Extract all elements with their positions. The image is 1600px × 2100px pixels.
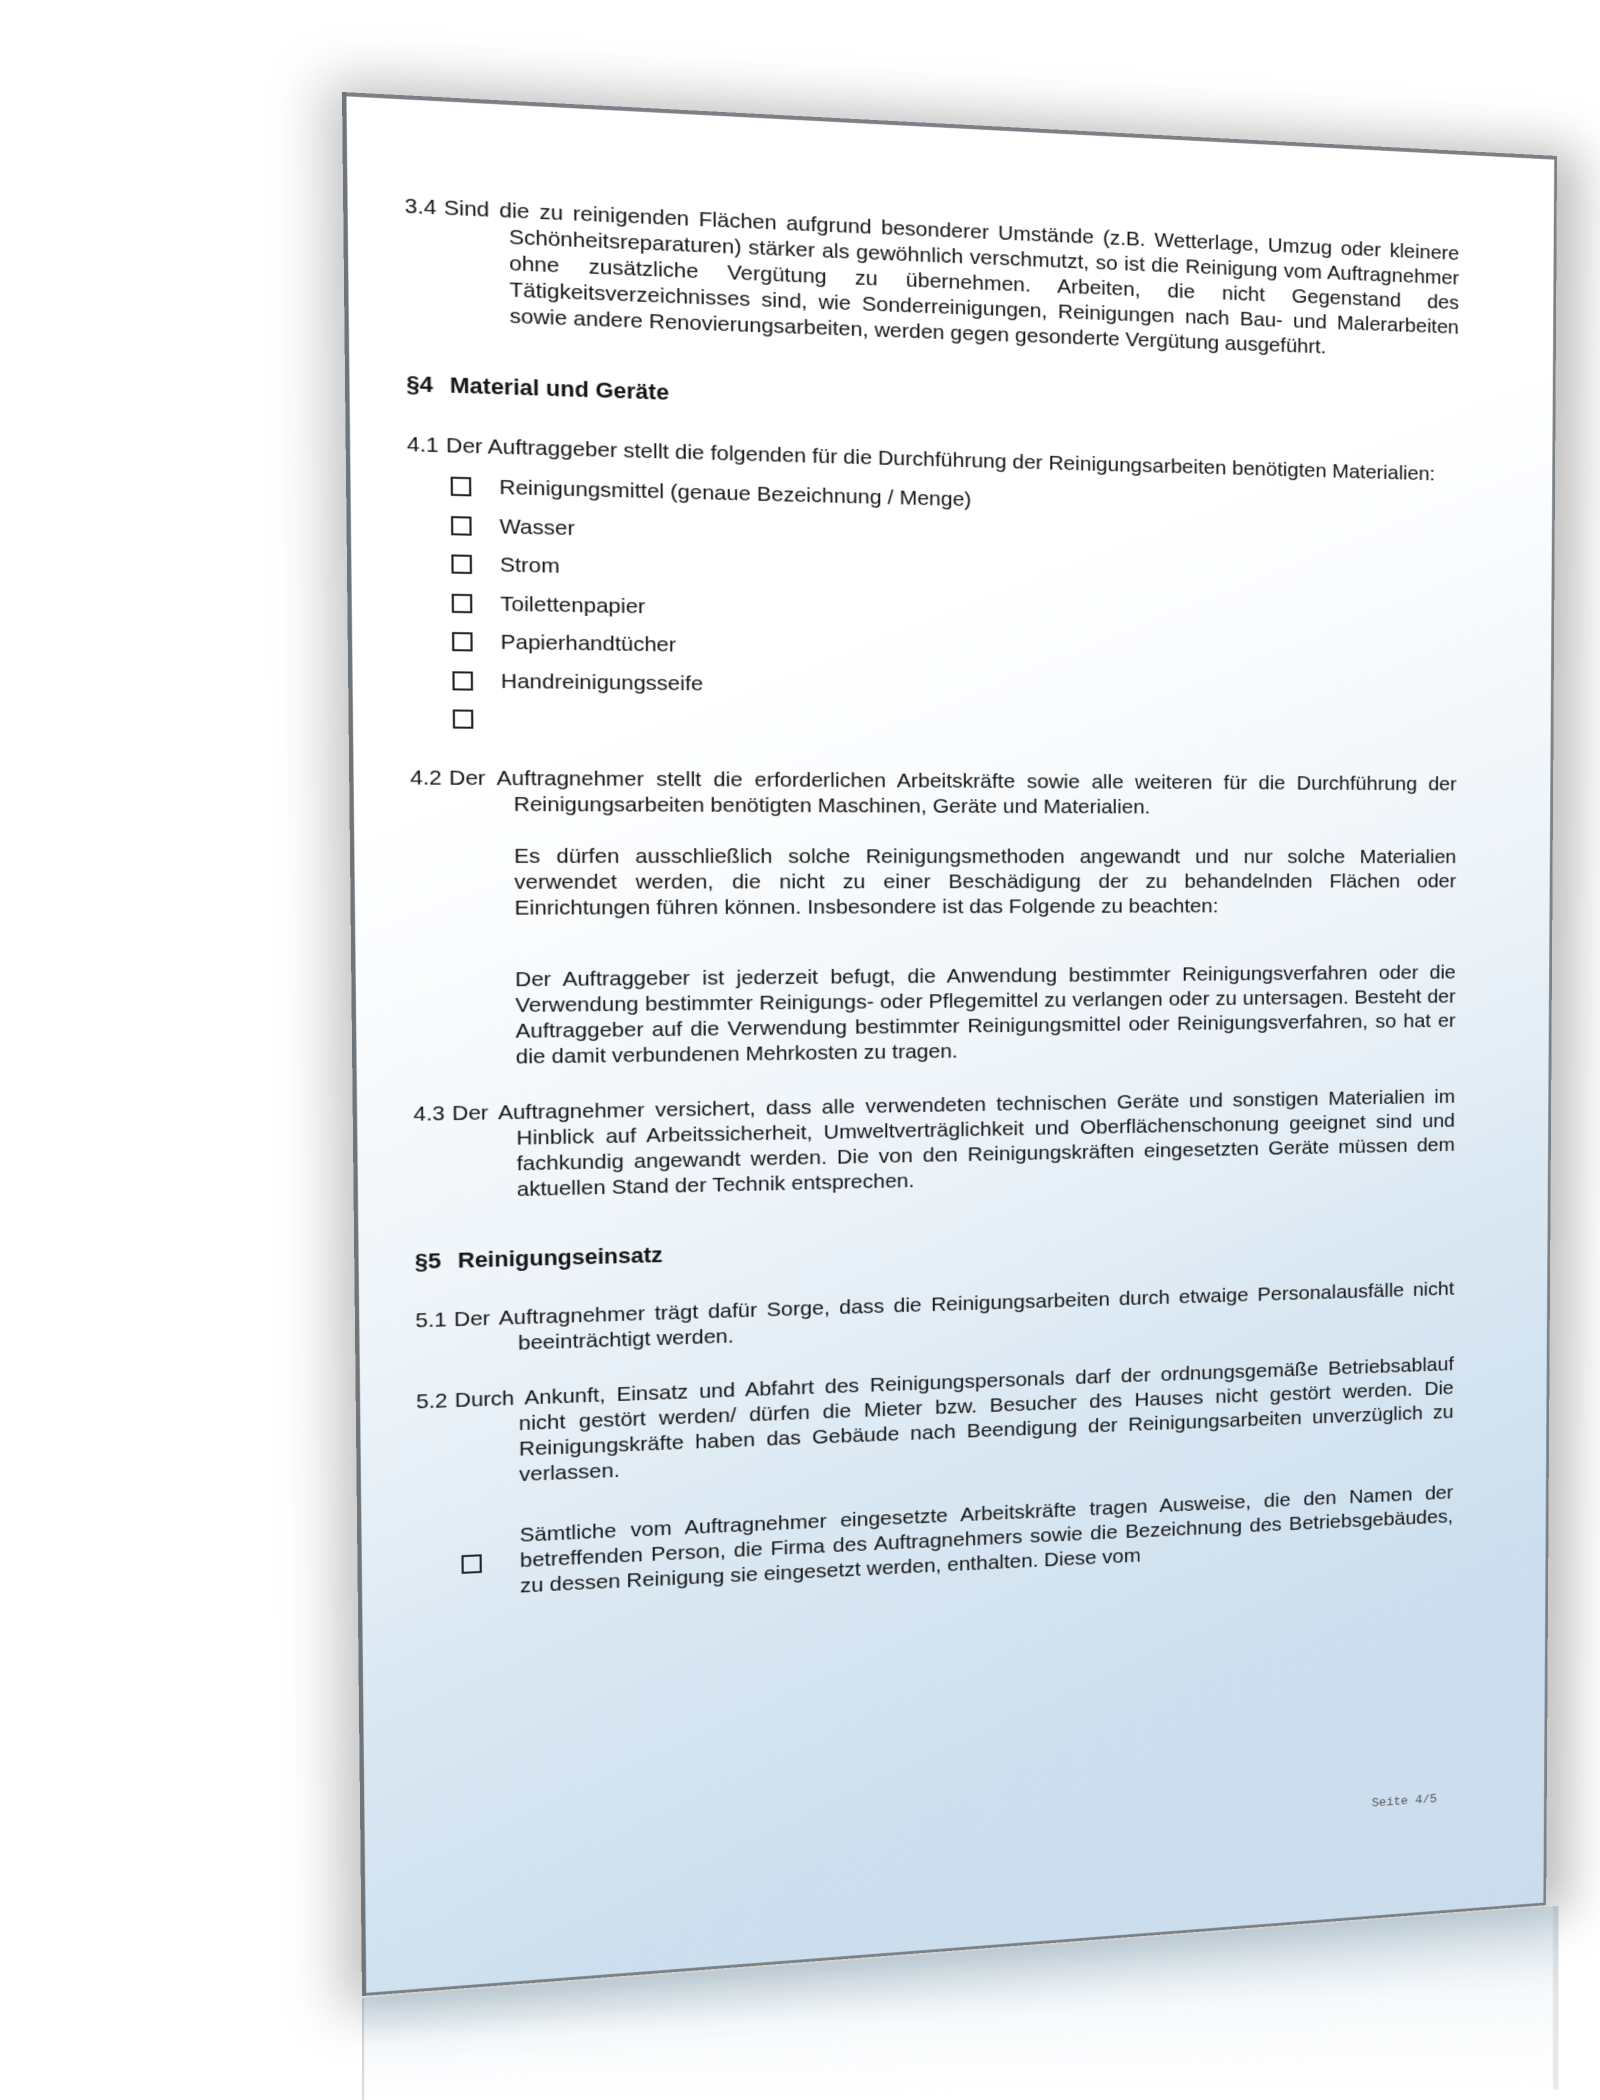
- checkbox[interactable]: [452, 593, 473, 613]
- section-heading-4: §4 Material und Geräte: [406, 371, 1458, 431]
- section-number: §4: [406, 371, 433, 398]
- badge-option: Sämtliche vom Auftragnehmer eingesetzte …: [417, 1481, 1453, 1604]
- clause-number: 5.1: [415, 1307, 458, 1334]
- clause-number: 3.4: [404, 193, 448, 221]
- checkbox[interactable]: [452, 632, 473, 651]
- checkbox[interactable]: [451, 516, 472, 536]
- clause-5-2: 5.2 Durch Ankunft, Einsatz und Abfahrt d…: [416, 1352, 1454, 1492]
- checkbox[interactable]: [453, 709, 474, 728]
- clause-text: Der Auftragnehmer versichert, dass alle …: [516, 1085, 1455, 1203]
- clause-4-3: 4.3 Der Auftragnehmer versichert, dass a…: [413, 1085, 1455, 1205]
- checklist-label: Reinigungsmittel (genaue Bezeichnung / M…: [499, 476, 971, 511]
- checklist-label: Papierhandtücher: [500, 631, 676, 657]
- clause-text: Durch Ankunft, Einsatz und Abfahrt des R…: [518, 1352, 1453, 1487]
- clause-4-2: 4.2 Der Auftragnehmer stellt die erforde…: [410, 765, 1457, 1072]
- clause-number: 5.2: [416, 1388, 459, 1415]
- badge-option-checkbox[interactable]: [461, 1554, 481, 1574]
- clause-text: Sind die zu reinigenden Flächen aufgrund…: [509, 198, 1460, 365]
- checklist-label: Strom: [500, 553, 560, 577]
- checklist-label: Wasser: [499, 515, 574, 540]
- section-title: Material und Geräte: [450, 372, 669, 404]
- checkbox[interactable]: [452, 671, 473, 690]
- section-number: §5: [415, 1248, 442, 1274]
- document-page: 3.4 Sind die zu reinigenden Flächen aufg…: [342, 92, 1557, 1996]
- page-number: Seite 4/5: [1372, 1792, 1437, 1810]
- clause-number: 4.1: [407, 432, 451, 460]
- checklist-label: Toilettenpapier: [500, 592, 645, 618]
- section-title: Reinigungseinsatz: [458, 1242, 663, 1272]
- clause-number: 4.3: [413, 1101, 456, 1128]
- section-heading-5: §5 Reinigungseinsatz: [415, 1221, 1455, 1274]
- clause-paragraph: Es dürfen ausschließlich solche Reinigun…: [514, 843, 1456, 921]
- clause-text: Der Auftragnehmer stellt die erforderlic…: [513, 766, 1456, 821]
- checkbox[interactable]: [451, 554, 472, 574]
- checkbox[interactable]: [451, 477, 472, 497]
- checklist-label: Handreinigungsseife: [501, 669, 703, 694]
- clause-text: Der Auftragnehmer trägt dafür Sorge, das…: [518, 1277, 1454, 1356]
- clause-number: 4.2: [410, 765, 453, 791]
- clause-paragraph: Der Auftraggeber ist jederzeit befugt, d…: [515, 960, 1456, 1070]
- page-content: 3.4 Sind die zu reinigenden Flächen aufg…: [404, 193, 1459, 1604]
- badge-option-text: Sämtliche vom Auftragnehmer eingesetzte …: [520, 1481, 1454, 1599]
- document-preview-stage: 3.4 Sind die zu reinigenden Flächen aufg…: [0, 0, 1600, 2100]
- clause-3-4: 3.4 Sind die zu reinigenden Flächen aufg…: [404, 193, 1459, 365]
- clause-5-1: 5.1 Der Auftragnehmer trägt dafür Sorge,…: [415, 1277, 1454, 1360]
- materials-checklist: Reinigungsmittel (genaue Bezeichnung / M…: [407, 472, 1458, 753]
